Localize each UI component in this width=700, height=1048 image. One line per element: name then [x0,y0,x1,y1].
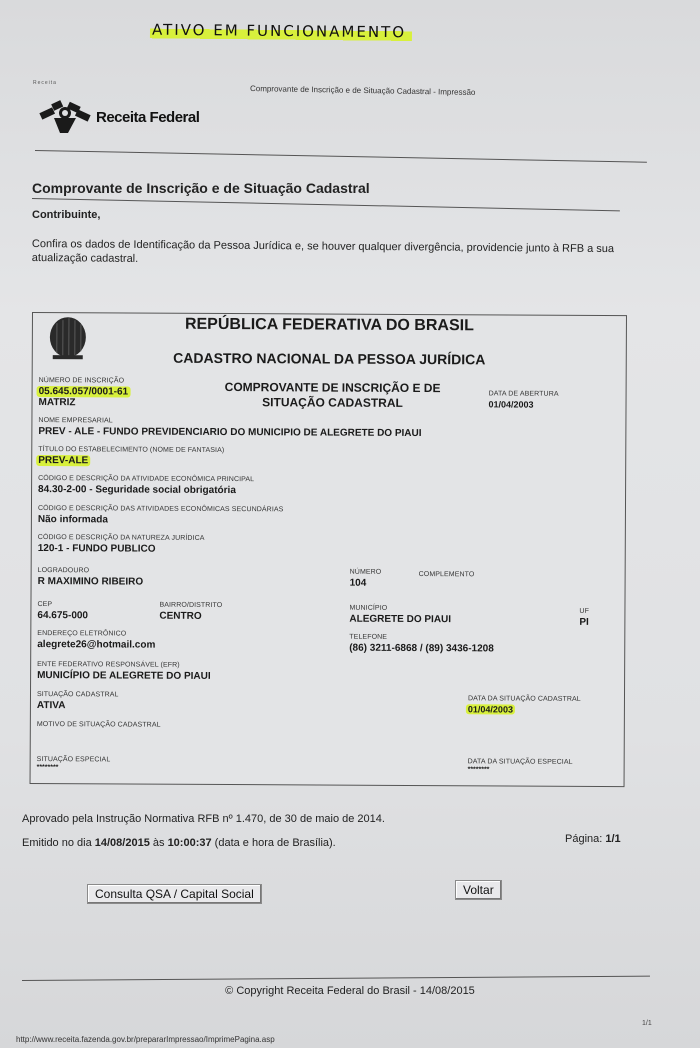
telefone-value: (86) 3211-6868 / (89) 3436-1208 [349,643,494,655]
copyright-text: © Copyright Receita Federal do Brasil - … [0,985,700,997]
greeting: Contribuinte, [32,209,100,221]
numero-inscricao-label: NÚMERO DE INSCRIÇÃO [39,377,125,384]
logradouro-value: R MAXIMINO RIBEIRO [38,576,144,588]
complemento-label: COMPLEMENTO [419,571,475,578]
data-abertura-label: DATA DE ABERTURA [489,390,559,397]
data-situacao-cadastral-label: DATA DA SITUAÇÃO CADASTRAL [468,695,581,703]
atividades-secundarias-label: CÓDIGO E DESCRIÇÃO DAS ATIVIDADES ECONÔM… [38,505,284,513]
data-situacao-cadastral-value: 01/04/2003 [466,704,515,714]
receita-federal-logo-icon [38,100,92,134]
nome-empresarial-value: PREV - ALE - FUNDO PREVIDENCIARIO DO MUN… [38,426,421,439]
emission-date: 14/08/2015 [95,837,150,849]
data-situacao-especial-value: ******** [468,766,490,773]
atividade-principal-value: 84.30-2-00 - Seguridade social obrigatór… [38,484,236,496]
divider [32,198,620,211]
logradouro-label: LOGRADOURO [38,567,90,574]
situacao-cadastral-label: SITUAÇÃO CADASTRAL [37,691,119,698]
divider [35,150,647,163]
voltar-button[interactable]: Voltar [455,880,502,900]
consulta-qsa-button[interactable]: Consulta QSA / Capital Social [87,884,262,904]
approval-text: Aprovado pela Instrução Normativa RFB nº… [22,813,385,825]
cep-value: 64.675-000 [37,610,88,621]
numero-value: 104 [350,578,367,589]
titulo-estabelecimento-value: PREV-ALE [36,455,90,466]
print-page-number: 1/1 [642,1020,652,1027]
atividade-principal-label: CÓDIGO E DESCRIÇÃO DA ATIVIDADE ECONÔMIC… [38,475,254,483]
intro-text: Confira os dados de Identificação da Pes… [32,237,632,270]
bairro-value: CENTRO [159,611,201,622]
natureza-juridica-label: CÓDIGO E DESCRIÇÃO DA NATUREZA JURÍDICA [38,534,205,542]
motivo-situacao-label: MOTIVO DE SITUAÇÃO CADASTRAL [37,721,161,729]
municipio-label: MUNICÍPIO [349,605,387,612]
numero-inscricao-value: 05.645.057/0001-61 [37,386,131,397]
page-title: Comprovante de Inscrição e de Situação C… [32,180,370,196]
efr-value: MUNICÍPIO DE ALEGRETE DO PIAUI [37,670,211,682]
print-url: http://www.receita.fazenda.gov.br/prepar… [16,1035,275,1044]
matriz-value: MATRIZ [38,397,75,408]
handwritten-note: ATIVO EM FUNCIONAMENTO [150,21,412,44]
nome-empresarial-label: NOME EMPRESARIAL [38,417,112,424]
divider [22,976,650,981]
email-value: alegrete26@hotmail.com [37,639,155,651]
comprovante-line1: COMPROVANTE DE INSCRIÇÃO E DE [203,380,463,396]
print-header-small: Receita [33,80,57,86]
situacao-cadastral-value: ATIVA [37,700,66,711]
municipio-value: ALEGRETE DO PIAUI [349,614,451,626]
cadastro-title: CADASTRO NACIONAL DA PESSOA JURÍDICA [33,349,626,368]
data-situacao-especial-label: DATA DA SITUAÇÃO ESPECIAL [468,758,573,766]
efr-label: ENTE FEDERATIVO RESPONSÁVEL (EFR) [37,661,180,669]
situacao-especial-label: SITUAÇÃO ESPECIAL [37,756,111,763]
numero-label: NÚMERO [350,569,382,576]
titulo-estabelecimento-label: TÍTULO DO ESTABELECIMENTO (NOME DE FANTA… [38,446,224,454]
data-abertura-value: 01/04/2003 [488,399,533,409]
comprovante-title: COMPROVANTE DE INSCRIÇÃO E DE SITUAÇÃO C… [202,380,462,411]
emission-time: 10:00:37 [168,837,212,849]
telefone-label: TELEFONE [349,634,387,641]
natureza-juridica-value: 120-1 - FUNDO PUBLICO [38,543,156,555]
republic-title: REPÚBLICA FEDERATIVA DO BRASIL [33,315,626,336]
situacao-especial-value: ******** [37,764,59,771]
cnpj-card: REPÚBLICA FEDERATIVA DO BRASIL CADASTRO … [30,312,627,787]
cep-label: CEP [37,601,52,608]
bairro-label: BAIRRO/DISTRITO [159,602,222,609]
page-indicator: Página: 1/1 [565,833,621,845]
email-label: ENDEREÇO ELETRÔNICO [37,630,126,637]
uf-label: UF [579,608,589,615]
emission-text: Emitido no dia 14/08/2015 às 10:00:37 (d… [22,837,336,849]
atividades-secundarias-value: Não informada [38,514,108,525]
comprovante-line2: SITUAÇÃO CADASTRAL [202,395,462,411]
logo-text: Receita Federal [96,109,199,126]
print-header-title: Comprovante de Inscrição e de Situação C… [250,84,476,97]
receita-federal-logo: Receita Federal [38,100,199,134]
uf-value: PI [579,617,589,628]
